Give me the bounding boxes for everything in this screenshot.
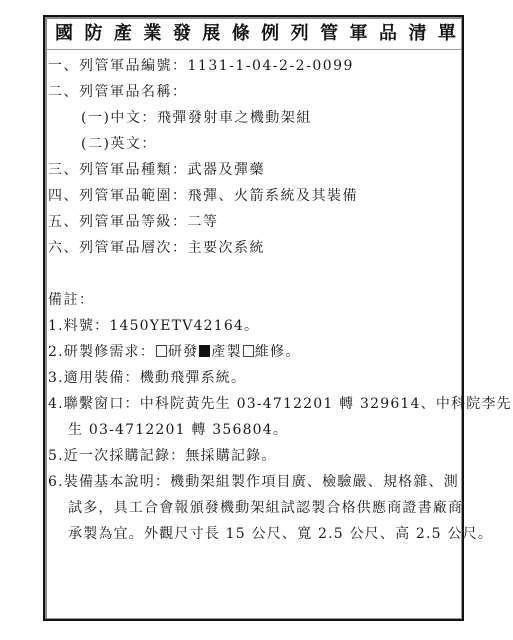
note-value: 1450YETV42164。 bbox=[109, 318, 259, 334]
note-label: 3.適用裝備： bbox=[48, 370, 140, 386]
notes-heading: 備註： bbox=[48, 287, 460, 313]
field-name: 二、列管軍品名稱： bbox=[48, 79, 460, 105]
note-item-3: 3.適用裝備：機動飛彈系統。 bbox=[48, 365, 460, 391]
field-value: 1131-1-04-2-2-0099 bbox=[188, 58, 354, 74]
title-char: 發 bbox=[173, 24, 191, 44]
option-label: 產製 bbox=[211, 344, 241, 360]
option-label: 維修 bbox=[255, 344, 285, 360]
title-char: 列 bbox=[291, 24, 309, 44]
note-label: 1.料號： bbox=[48, 318, 109, 334]
field-name-zh: (一)中文：飛彈發射車之機動架組 bbox=[48, 105, 460, 131]
field-label: (一)中文： bbox=[81, 110, 157, 126]
note-line: 4.聯繫窗口：中科院黃先生 03-4712201 轉 329614、中科院李先 bbox=[48, 391, 460, 417]
title-char: 清 bbox=[408, 24, 426, 44]
title-char: 例 bbox=[261, 24, 279, 44]
option-label: 研發 bbox=[168, 344, 198, 360]
title-char: 國 bbox=[55, 24, 73, 44]
field-value: 主要次系統 bbox=[188, 240, 266, 256]
note-label: 2.研製修需求： bbox=[48, 344, 155, 360]
title-char: 產 bbox=[114, 24, 132, 44]
note-item-4: 4.聯繫窗口：中科院黃先生 03-4712201 轉 329614、中科院李先 … bbox=[48, 391, 460, 443]
title-char: 條 bbox=[232, 24, 250, 44]
field-value: 飛彈發射車之機動架組 bbox=[157, 110, 312, 126]
field-label: 三、列管軍品種類： bbox=[48, 162, 188, 178]
note-line: 承製為宜。外觀尺寸長 15 公尺、寬 2.5 公尺、高 2.5 公尺。 bbox=[48, 521, 460, 547]
note-line: 生 03-4712201 轉 356804。 bbox=[48, 417, 460, 443]
note-item-1: 1.料號：1450YETV42164。 bbox=[48, 313, 460, 339]
field-value: 二等 bbox=[188, 214, 219, 230]
note-item-6: 6.裝備基本說明：機動架組製作項目廣、檢驗嚴、規格雜、測 試多，具工合會報頒發機… bbox=[48, 469, 460, 547]
document-body: 一、列管軍品編號：1131-1-04-2-2-0099 二、列管軍品名稱： (一… bbox=[48, 53, 460, 547]
field-label: 四、列管軍品範圍： bbox=[48, 188, 188, 204]
note-line: 試多，具工合會報頒發機動架組試認製合格供應商證書廠商 bbox=[48, 495, 460, 521]
field-grade: 五、列管軍品等級：二等 bbox=[48, 209, 460, 235]
title-char: 防 bbox=[84, 24, 102, 44]
note-item-5: 5.近一次採購記錄：無採購記錄。 bbox=[48, 443, 460, 469]
checkbox-research-icon bbox=[156, 345, 167, 357]
note-value: 無採購記錄。 bbox=[185, 448, 276, 464]
title-char: 單 bbox=[438, 24, 456, 44]
note-label: 5.近一次採購記錄： bbox=[48, 448, 185, 464]
field-value: 飛彈、火箭系統及其裝備 bbox=[188, 188, 359, 204]
field-level: 六、列管軍品層次：主要次系統 bbox=[48, 235, 460, 261]
field-label: (二)英文： bbox=[81, 136, 157, 152]
title-char: 業 bbox=[143, 24, 161, 44]
note-value: 機動飛彈系統。 bbox=[140, 370, 246, 386]
document-title: 國 防 產 業 發 展 條 例 列 管 軍 品 清 單 bbox=[47, 19, 462, 50]
field-label: 二、列管軍品名稱： bbox=[48, 84, 188, 100]
field-scope: 四、列管軍品範圍：飛彈、火箭系統及其裝備 bbox=[48, 183, 460, 209]
field-category: 三、列管軍品種類：武器及彈藥 bbox=[48, 157, 460, 183]
note-line: 6.裝備基本說明：機動架組製作項目廣、檢驗嚴、規格雜、測 bbox=[48, 469, 460, 495]
field-label: 五、列管軍品等級： bbox=[48, 214, 188, 230]
checkbox-production-checked-icon bbox=[199, 345, 210, 357]
field-code: 一、列管軍品編號：1131-1-04-2-2-0099 bbox=[48, 53, 460, 79]
spacer bbox=[48, 261, 460, 287]
checkbox-maintenance-icon bbox=[243, 345, 254, 357]
field-value: 武器及彈藥 bbox=[188, 162, 266, 178]
title-char: 管 bbox=[320, 24, 338, 44]
field-name-en: (二)英文： bbox=[48, 131, 460, 157]
title-char: 展 bbox=[202, 24, 220, 44]
field-label: 六、列管軍品層次： bbox=[48, 240, 188, 256]
document-frame: 國 防 產 業 發 展 條 例 列 管 軍 品 清 單 一、列管軍品編號：113… bbox=[43, 15, 464, 621]
field-label: 一、列管軍品編號： bbox=[48, 58, 188, 74]
note-suffix: 。 bbox=[285, 344, 300, 360]
title-char: 軍 bbox=[350, 24, 368, 44]
title-char: 品 bbox=[379, 24, 397, 44]
note-item-2: 2.研製修需求：研發產製維修。 bbox=[48, 339, 460, 365]
